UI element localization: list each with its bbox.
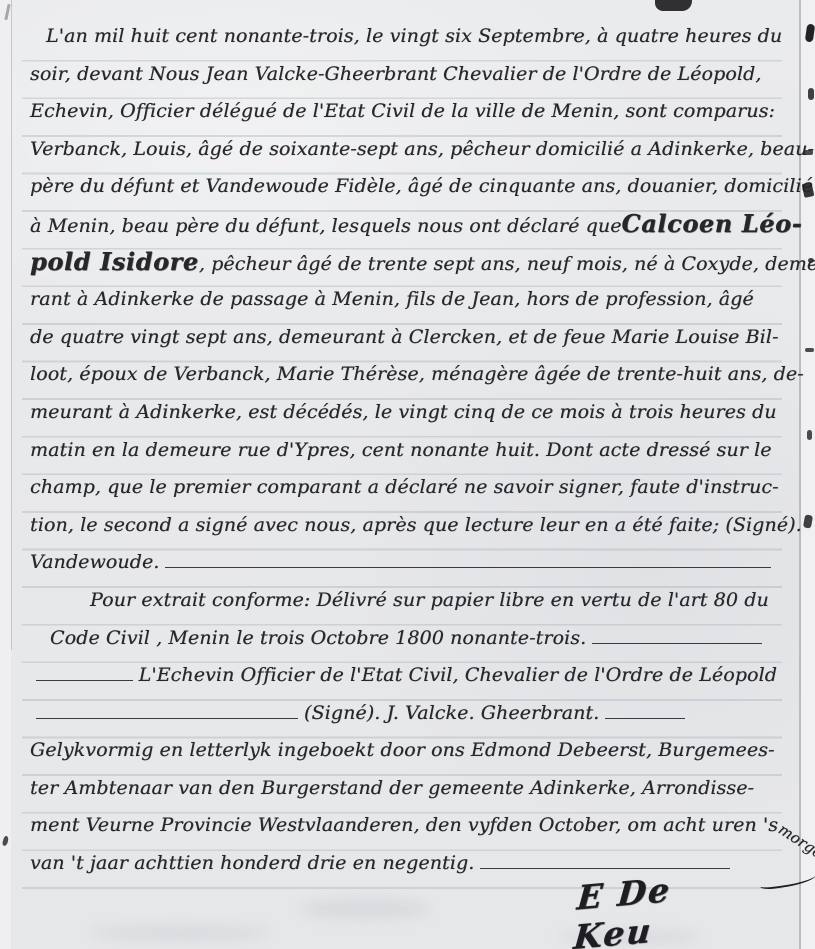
left-paper-margin — [0, 0, 11, 949]
handwritten-text: tion, le second a signé avec nous, après… — [30, 513, 802, 537]
text-line: loot, époux de Verbanck, Marie Thérèse, … — [30, 362, 777, 400]
text-line: père du défunt et Vandewoude Fidèle, âgé… — [30, 174, 777, 212]
ink-rule-line — [36, 717, 298, 719]
ink-rule-line — [605, 717, 685, 719]
scan-artifact — [805, 348, 814, 352]
text-line: Vandewoude. — [30, 550, 777, 588]
ink-rule-line — [592, 642, 762, 644]
handwritten-text: Pour extrait conforme: Délivré sur papie… — [90, 588, 769, 612]
scan-artifact — [808, 258, 814, 263]
text-line: meurant à Adinkerke, est décédés, le vin… — [30, 400, 777, 438]
handwritten-text: Verbanck, Louis, âgé de soixante-sept an… — [30, 137, 814, 161]
paper-smudge — [300, 898, 430, 920]
text-line: Code Civil , Menin le trois Octobre 1800… — [30, 626, 777, 664]
ink-rule-line — [36, 679, 133, 681]
signature-text: E De Keu — [572, 862, 760, 949]
highlighted-name: pold Isidore — [30, 250, 199, 274]
scan-artifact — [808, 88, 814, 100]
text-line: Pour extrait conforme: Délivré sur papie… — [30, 588, 777, 626]
document-body: L'an mil huit cent nonante-trois, le vin… — [30, 24, 777, 889]
highlighted-name: Calcoen Léo- — [622, 212, 803, 236]
handwritten-text: rant à Adinkerke de passage à Menin, fil… — [30, 287, 754, 311]
text-line: rant à Adinkerke de passage à Menin, fil… — [30, 287, 777, 325]
handwritten-text: ment Veurne Provincie Westvlaanderen, de… — [30, 813, 778, 837]
handwritten-text: meurant à Adinkerke, est décédés, le vin… — [30, 400, 777, 424]
text-line: ter Ambtenaar van den Burgerstand der ge… — [30, 776, 777, 814]
text-line: ment Veurne Provincie Westvlaanderen, de… — [30, 813, 777, 851]
handwritten-text: Gelykvormig en letterlyk ingeboekt door … — [30, 738, 775, 762]
text-line: tion, le second a signé avec nous, après… — [30, 513, 777, 551]
handwritten-text: matin en la demeure rue d'Ypres, cent no… — [30, 438, 772, 462]
handwritten-text: , pêcheur âgé de trente sept ans, neuf m… — [199, 252, 815, 276]
handwritten-text: Code Civil , Menin le trois Octobre 1800… — [50, 626, 586, 650]
left-fold-line — [11, 0, 12, 650]
text-line: Verbanck, Louis, âgé de soixante-sept an… — [30, 137, 777, 175]
scan-artifact — [655, 0, 692, 11]
handwritten-text: Vandewoude. — [30, 550, 159, 574]
paper-smudge — [90, 925, 270, 941]
text-line: soir, devant Nous Jean Valcke-Gheerbrant… — [30, 62, 777, 100]
text-line: à Menin, beau père du défunt, lesquels n… — [30, 212, 777, 250]
text-line: Gelykvormig en letterlyk ingeboekt door … — [30, 738, 777, 776]
handwritten-text: père du défunt et Vandewoude Fidèle, âgé… — [30, 174, 813, 198]
text-line: L'Echevin Officier de l'Etat Civil, Chev… — [30, 663, 777, 701]
scan-artifact — [807, 430, 812, 440]
handwritten-text: Echevin, Officier délégué de l'Etat Civi… — [30, 99, 775, 123]
handwritten-text: van 't jaar achttien honderd drie en neg… — [30, 851, 474, 875]
scanned-document-page: { "page": { "paper_color": "#e9eaec", "i… — [0, 0, 815, 949]
handwritten-text: soir, devant Nous Jean Valcke-Gheerbrant… — [30, 62, 761, 86]
text-line: (Signé). J. Valcke. Gheerbrant. — [30, 701, 777, 739]
handwritten-text: à Menin, beau père du défunt, lesquels n… — [30, 214, 622, 238]
text-line: pold Isidore, pêcheur âgé de trente sept… — [30, 250, 777, 288]
handwritten-text: L'an mil huit cent nonante-trois, le vin… — [46, 24, 782, 48]
signature-flourish — [760, 869, 815, 891]
ink-rule-line — [165, 566, 771, 568]
text-line: matin en la demeure rue d'Ypres, cent no… — [30, 438, 777, 476]
handwritten-text: L'Echevin Officier de l'Etat Civil, Chev… — [139, 663, 777, 687]
handwritten-text: champ, que le premier comparant a déclar… — [30, 475, 779, 499]
handwritten-text: de quatre vingt sept ans, demeurant à Cl… — [30, 325, 778, 349]
handwritten-text: ter Ambtenaar van den Burgerstand der ge… — [30, 776, 754, 800]
handwritten-text: (Signé). J. Valcke. Gheerbrant. — [304, 701, 599, 725]
text-line: de quatre vingt sept ans, demeurant à Cl… — [30, 325, 777, 363]
scan-artifact — [804, 150, 813, 155]
text-line: champ, que le premier comparant a déclar… — [30, 475, 777, 513]
text-line: Echevin, Officier délégué de l'Etat Civi… — [30, 99, 777, 137]
handwritten-text: loot, époux de Verbanck, Marie Thérèse, … — [30, 362, 804, 386]
text-line: L'an mil huit cent nonante-trois, le vin… — [30, 24, 777, 62]
